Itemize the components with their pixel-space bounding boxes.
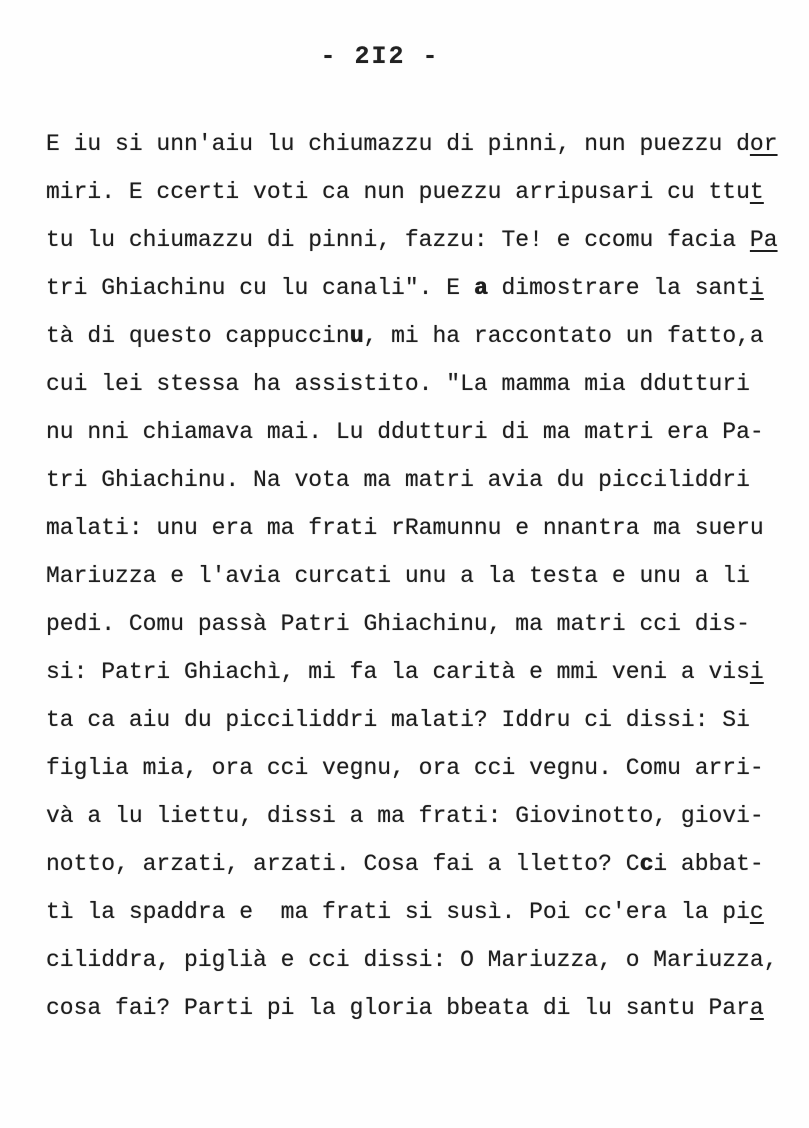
text-line: tì la spaddra e ma frati si susì. Poi cc… xyxy=(46,892,789,940)
text-segment: pedi. Comu passà Patri Ghiachinu, ma mat… xyxy=(46,611,750,637)
text-line: tà di questo cappuccinu, mi ha raccontat… xyxy=(46,316,789,364)
text-segment: i xyxy=(750,659,764,685)
text-line: tu lu chiumazzu di pinni, fazzu: Te! e c… xyxy=(46,220,789,268)
text-line: E iu si unn'aiu lu chiumazzu di pinni, n… xyxy=(46,124,789,172)
text-segment: tri Ghiachinu cu lu canali". E xyxy=(46,275,474,301)
text-line: si: Patri Ghiachì, mi fa la carità e mmi… xyxy=(46,652,789,700)
text-segment: or xyxy=(750,131,778,157)
text-segment: a xyxy=(750,995,764,1021)
text-segment: E iu si unn'aiu lu chiumazzu di pinni, n… xyxy=(46,131,750,157)
text-segment: tà di questo cappuccin xyxy=(46,323,350,349)
text-segment: tri Ghiachinu. Na vota ma matri avia du … xyxy=(46,467,750,493)
text-segment: u xyxy=(350,323,364,349)
document-page: - 2I2 - E iu si unn'aiu lu chiumazzu di … xyxy=(0,0,809,1128)
text-segment: ciliddra, piglià e cci dissi: O Mariuzza… xyxy=(46,947,778,973)
text-segment: i abbat- xyxy=(653,851,763,877)
text-line: tri Ghiachinu. Na vota ma matri avia du … xyxy=(46,460,789,508)
text-segment: tì la spaddra e ma frati si susì. Poi cc… xyxy=(46,899,750,925)
text-segment: và a lu liettu, dissi a ma frati: Giovin… xyxy=(46,803,764,829)
text-line: ta ca aiu du picciliddri malati? Iddru c… xyxy=(46,700,789,748)
text-segment: dimostrare la sant xyxy=(488,275,750,301)
text-line: cui lei stessa ha assistito. "La mamma m… xyxy=(46,364,789,412)
text-line: miri. E ccerti voti ca nun puezzu arripu… xyxy=(46,172,789,220)
text-segment: , mi ha raccontato un fatto,a xyxy=(363,323,763,349)
text-line: và a lu liettu, dissi a ma frati: Giovin… xyxy=(46,796,789,844)
page-number: - 2I2 - xyxy=(0,42,760,71)
text-segment: figlia mia, ora cci vegnu, ora cci vegnu… xyxy=(46,755,764,781)
text-segment: Mariuzza e l'avia curcati unu a la testa… xyxy=(46,563,750,589)
body-text: E iu si unn'aiu lu chiumazzu di pinni, n… xyxy=(46,124,789,1036)
text-segment: miri. E ccerti voti ca nun puezzu arripu… xyxy=(46,179,750,205)
text-segment: c xyxy=(640,851,654,877)
text-line: malati: unu era ma frati rRamunnu e nnan… xyxy=(46,508,789,556)
text-line: nu nni chiamava mai. Lu ddutturi di ma m… xyxy=(46,412,789,460)
text-line: Mariuzza e l'avia curcati unu a la testa… xyxy=(46,556,789,604)
text-line: notto, arzati, arzati. Cosa fai a lletto… xyxy=(46,844,789,892)
text-segment: Pa xyxy=(750,227,778,253)
text-segment: c xyxy=(750,899,764,925)
text-segment: t xyxy=(750,179,764,205)
text-segment: tu lu chiumazzu di pinni, fazzu: Te! e c… xyxy=(46,227,750,253)
text-line: ciliddra, piglià e cci dissi: O Mariuzza… xyxy=(46,940,789,988)
text-line: cosa fai? Parti pi la gloria bbeata di l… xyxy=(46,988,789,1036)
text-segment: cosa fai? Parti pi la gloria bbeata di l… xyxy=(46,995,750,1021)
text-line: pedi. Comu passà Patri Ghiachinu, ma mat… xyxy=(46,604,789,652)
text-segment: nu nni chiamava mai. Lu ddutturi di ma m… xyxy=(46,419,764,445)
text-segment: si: Patri Ghiachì, mi fa la carità e mmi… xyxy=(46,659,750,685)
text-segment: ta ca aiu du picciliddri malati? Iddru c… xyxy=(46,707,750,733)
text-segment: a xyxy=(474,275,488,301)
text-line: tri Ghiachinu cu lu canali". E a dimostr… xyxy=(46,268,789,316)
text-segment: cui lei stessa ha assistito. "La mamma m… xyxy=(46,371,750,397)
text-line: figlia mia, ora cci vegnu, ora cci vegnu… xyxy=(46,748,789,796)
text-segment: malati: unu era ma frati rRamunnu e nnan… xyxy=(46,515,764,541)
text-segment: notto, arzati, arzati. Cosa fai a lletto… xyxy=(46,851,640,877)
text-segment: i xyxy=(750,275,764,301)
